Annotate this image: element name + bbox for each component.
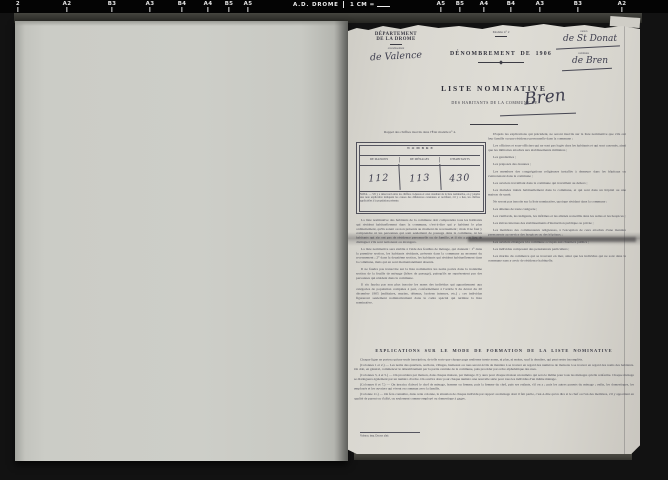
ruler-tick (577, 7, 578, 12)
value-habitants: 430 (440, 164, 481, 192)
department-block: DÉPARTEMENT DE LA DROME arrondissement d… (354, 32, 438, 62)
ruler-label: B4 (178, 1, 187, 7)
scale-label: 1 CM = (350, 2, 375, 8)
printer-imprint: Valence, imp. Ducros aîné. (360, 434, 460, 438)
ruler-label: B5 (225, 1, 234, 7)
arrondissement-handwritten: de Valence (354, 49, 438, 64)
instruction-paragraph: Les malades traités habituellement dans … (488, 188, 626, 197)
department-name: DE LA DROME (354, 37, 438, 42)
census-title: DÉNOMBREMENT DE 1906 (440, 51, 562, 57)
title-ornament (478, 62, 524, 63)
handwriting-underline (556, 45, 620, 49)
commune-handwritten: de Bren (546, 56, 634, 66)
ruler-label: A2 (63, 1, 72, 7)
ruler-tick (510, 7, 511, 12)
table-rule (359, 191, 480, 192)
divider-rule (470, 124, 518, 125)
instruction-paragraph: Les membres des congrégations religieuse… (488, 169, 626, 178)
canton-handwritten: de St Donat (546, 34, 634, 44)
ruler-tick (440, 7, 441, 12)
ruler-tick (247, 7, 248, 12)
torn-fragment (610, 16, 641, 28)
recall-caption: Rappel des chiffres inscrits dans l'État… (356, 130, 484, 134)
ruler-tick (66, 7, 67, 12)
instruction-paragraph: Les vieillards, les indigents, les infir… (488, 214, 626, 218)
ruler-tick (111, 7, 112, 12)
ruler-tick (181, 7, 182, 12)
explanations-paragraphs: Chaque ligne ne portera qu'une seule ins… (354, 358, 634, 402)
instruction-paragraph: Les individus composant des pensionnats … (488, 247, 626, 251)
value-menages: 113 (399, 164, 441, 192)
ruler-label: A4 (204, 1, 213, 7)
instruction-paragraph: Les ouvriers travaillant dans la commune… (488, 181, 626, 185)
commune-label: commune (578, 52, 589, 55)
instruction-paragraph: Il ne faudra pas transcrire sur la liste… (356, 267, 482, 280)
list-title: LISTE NOMINATIVE (348, 84, 640, 93)
ruler-tick (459, 7, 460, 12)
ruler-tick (149, 7, 150, 12)
col-header-maisons: DE MAISONS (359, 157, 400, 162)
instruction-paragraph: Il n'y faudra pas non plus inscrire les … (356, 283, 482, 305)
ruler-label: B4 (507, 1, 516, 7)
ruler-label: A3 (146, 1, 155, 7)
ruler-tick (17, 7, 18, 12)
ruler-label: B5 (456, 1, 465, 7)
instruction-paragraph: Les préposés des douanes ; (488, 162, 626, 166)
table-values-row: 112 113 430 (359, 165, 480, 191)
ruler-tick (207, 7, 208, 12)
ruler-tick (539, 7, 540, 12)
divider-rule (495, 36, 507, 37)
table-rule (359, 155, 480, 156)
handwriting-underline (562, 68, 612, 72)
list-subtitle: DES HABITANTS DE LA COMMUNE DE (388, 100, 538, 105)
explanations-heading: EXPLICATIONS SUR LE MODE DE FORMATION DE… (354, 348, 634, 353)
ruler-divider (343, 1, 344, 8)
divider-rule (390, 44, 402, 45)
instruction-paragraph: Les détenus de toute catégorie ; (488, 207, 626, 211)
count-table: NOMBRE DE MAISONS DE MÉNAGES D'HABITANTS… (356, 142, 486, 214)
ruler-label: 2 (16, 1, 20, 7)
crease-shadow (468, 237, 636, 242)
ruler-label: A5 (437, 1, 446, 7)
ruler-tick (228, 7, 229, 12)
canton-label: canton (580, 30, 587, 33)
ruler-label: A3 (536, 1, 545, 7)
handwriting-underline (500, 113, 576, 117)
table-header-nombre: NOMBRE (357, 146, 485, 150)
model-block: Modèle n° 2 DÉNOMBREMENT DE 1906 (440, 30, 562, 63)
instruction-paragraph: Ne seront pas inscrits sur la liste nomi… (488, 200, 626, 204)
ruler-label: A4 (480, 1, 489, 7)
instruction-paragraph: Les élèves internes des établissements d… (488, 221, 626, 225)
explanation-paragraph: (Colonnes 1 et 2.) — Les noms des quarti… (354, 364, 634, 372)
explanation-paragraph: (Colonne 11.) — On fera connaître, dans … (354, 393, 634, 401)
instruction-paragraph: Les gendarmes ; (488, 155, 626, 159)
divider-rule (360, 432, 420, 433)
table-column-headers: DE MAISONS DE MÉNAGES D'HABITANTS (359, 157, 480, 162)
ruler-label: A2 (618, 1, 627, 7)
model-number: Modèle n° 2 (440, 30, 562, 34)
table-nota: NOTA. — S'il y a désaccord entre les chi… (360, 193, 480, 203)
explanation-paragraph: (Colonnes 6 et 7.) — On inscrira d'abord… (354, 383, 634, 391)
explanation-paragraph: (Colonnes 3, 4 et 5.) — On procédera par… (354, 373, 634, 381)
instruction-paragraph: La liste nominative sera établie à l'aid… (356, 247, 482, 265)
explanation-paragraph: Chaque ligne ne portera qu'une seule ins… (354, 358, 634, 362)
ruler-tick (483, 7, 484, 12)
scanned-register-view: 2 A2 B3 A3 B4 A4 B5 A5 A.D. DROME 1 CM =… (0, 0, 668, 480)
scale-bar (377, 6, 390, 8)
ruler-label: B3 (574, 1, 583, 7)
instruction-paragraph: D'après les explications qui précèdent, … (488, 132, 626, 141)
value-maisons: 112 (358, 164, 400, 192)
col-header-habitants: D'HABITANTS (440, 157, 480, 162)
instruction-paragraph: Les officiers et sous-officiers qui ne s… (488, 144, 626, 153)
ruler-tick (621, 7, 622, 12)
instruction-paragraph: Les marins du commerce qui se trouvent e… (488, 254, 626, 263)
calibration-ruler: 2 A2 B3 A3 B4 A4 B5 A5 A.D. DROME 1 CM =… (0, 0, 668, 13)
ruler-label: B3 (108, 1, 117, 7)
blank-verso-page (15, 21, 348, 461)
col-header-menages: DE MÉNAGES (400, 157, 441, 162)
census-form-page: DÉPARTEMENT DE LA DROME arrondissement d… (348, 24, 640, 454)
archive-name: A.D. DROME (293, 2, 339, 8)
ruler-label: A5 (244, 1, 253, 7)
